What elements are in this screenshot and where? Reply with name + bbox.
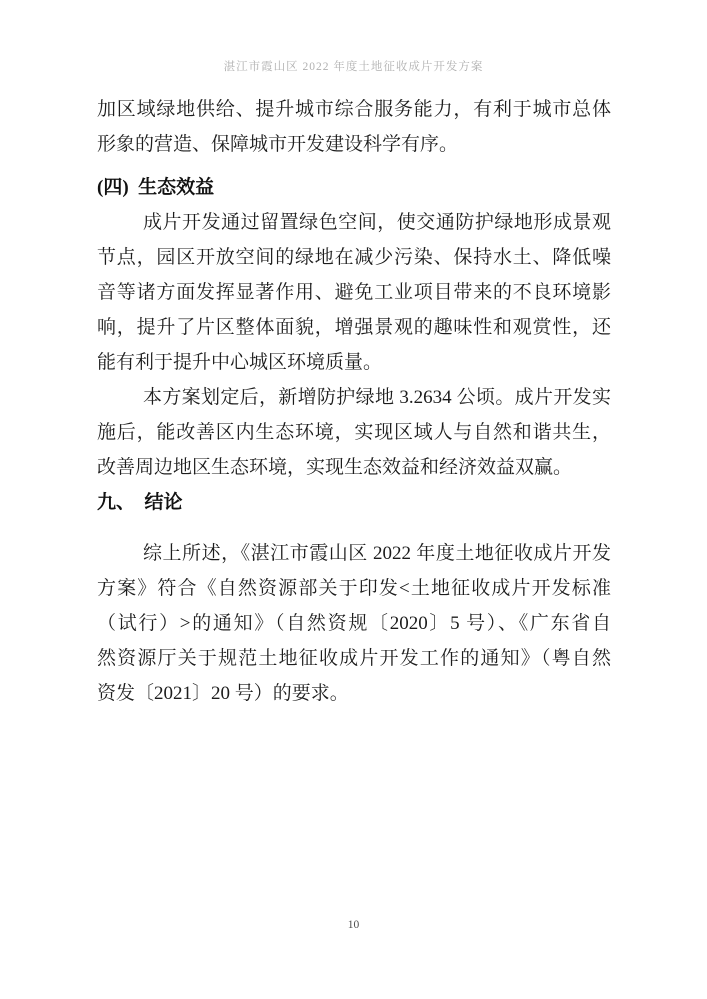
text-line: （试行）>的通知》（自然资规〔2020〕5 号）、《广东省自 [97,606,611,641]
page-number: 10 [0,919,707,931]
text-line: 施后，能改善区内生态环境，实现区域人与自然和谐共生， [97,415,611,450]
text-line: 综上所述，《湛江市霞山区 2022 年度土地征收成片开发 [97,536,611,571]
text-line: 方案》符合《自然资源部关于印发<土地征收成片开发标准 [97,571,611,606]
page-body: 加区域绿地供给、提升城市综合服务能力，有利于城市总体 形象的营造、保障城市开发建… [97,92,611,711]
paragraph-eco-1: 成片开发通过留置绿色空间，使交通防护绿地形成景观 节点，园区开放空间的绿地在减少… [97,205,611,380]
text-line: 改善周边地区生态环境，实现生态效益和经济效益双赢。 [97,450,611,485]
section-heading-conclusion: 九、 结论 [97,485,611,520]
paragraph-eco-2: 本方案划定后，新增防护绿地 3.2634 公顷。成片开发实 施后，能改善区内生态… [97,380,611,485]
text-line: 成片开发通过留置绿色空间，使交通防护绿地形成景观 [97,205,611,240]
running-header: 湛江市霞山区 2022 年度土地征收成片开发方案 [0,58,707,74]
text-line: 资发〔2021〕20 号）的要求。 [97,676,611,711]
text-line: 然资源厅关于规范土地征收成片开发工作的通知》（粤自然 [97,641,611,676]
text-line: 音等诸方面发挥显著作用、避免工业项目带来的不良环境影 [97,275,611,310]
text-line: 响，提升了片区整体面貌，增强景观的趣味性和观赏性，还 [97,310,611,345]
text-line: 节点，园区开放空间的绿地在减少污染、保持水土、降低噪 [97,240,611,275]
section-heading-ecological-benefit: (四) 生态效益 [97,170,611,205]
text-line: 能有利于提升中心城区环境质量。 [97,345,611,380]
paragraph-conclusion: 综上所述，《湛江市霞山区 2022 年度土地征收成片开发 方案》符合《自然资源部… [97,536,611,711]
text-line: 加区域绿地供给、提升城市综合服务能力，有利于城市总体 [97,92,611,127]
document-page: 湛江市霞山区 2022 年度土地征收成片开发方案 加区域绿地供给、提升城市综合服… [0,0,707,999]
text-line: 形象的营造、保障城市开发建设科学有序。 [97,127,611,162]
paragraph-intro: 加区域绿地供给、提升城市综合服务能力，有利于城市总体 形象的营造、保障城市开发建… [97,92,611,162]
text-line: 本方案划定后，新增防护绿地 3.2634 公顷。成片开发实 [97,380,611,415]
